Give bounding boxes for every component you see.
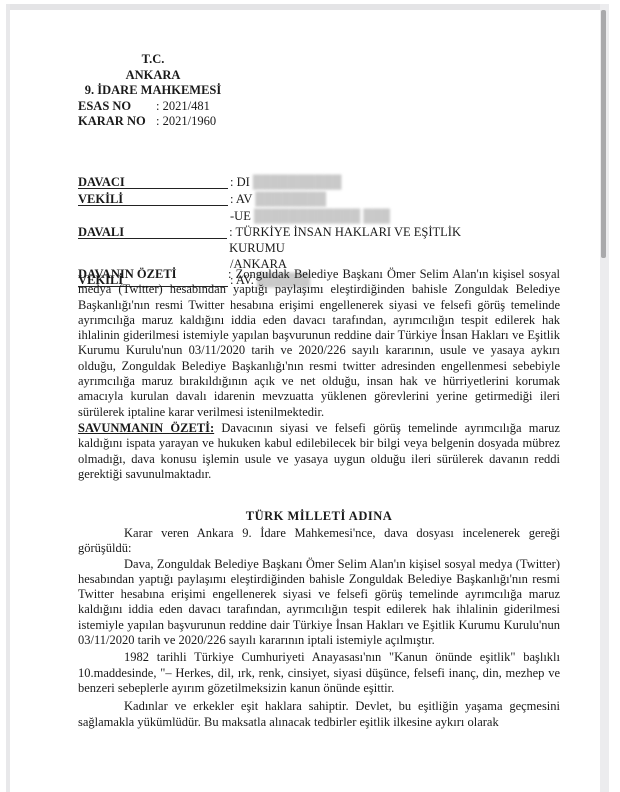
party-row-davaci: DAVACI : DI ██████████ — [78, 174, 518, 191]
header-tc: T.C. — [78, 52, 228, 68]
paragraph: Kadınlar ve erkekler eşit haklara sahipt… — [78, 699, 560, 730]
party-label — [78, 208, 228, 222]
karar-no-value: : 2021/1960 — [156, 114, 216, 130]
party-value: : DI ██████████ — [228, 174, 341, 191]
party-value: : AV ████████ — [228, 191, 326, 208]
davanin-ozeti-text: : Zonguldak Belediye Başkanı Ömer Selim … — [78, 267, 560, 419]
court-header: T.C. ANKARA 9. İDARE MAHKEMESİ ESAS NO :… — [78, 52, 228, 130]
party-label: DAVALI — [78, 224, 227, 239]
savunmanin-ozeti-label: SAVUNMANIN ÖZETİ: — [78, 421, 214, 435]
party-label: DAVACI — [78, 174, 228, 189]
header-city: ANKARA — [78, 68, 228, 84]
esas-no-label: ESAS NO — [78, 99, 156, 115]
paragraph: Karar veren Ankara 9. İdare Mahkemesi'nc… — [78, 526, 560, 557]
party-value: : TÜRKİYE İNSAN HAKLARI VE EŞİTLİK KURUM… — [227, 224, 518, 256]
party-row-vekili-cont: -UE ████████████ ███ — [78, 208, 518, 224]
party-row-vekili: VEKİLİ : AV ████████ — [78, 191, 518, 208]
davanin-ozeti-section: DAVANIN ÖZETİ: Zonguldak Belediye Başkan… — [78, 267, 560, 420]
esas-no-row: ESAS NO : 2021/481 — [78, 99, 228, 115]
party-value: -UE ████████████ ███ — [228, 208, 390, 224]
paragraph: 1982 tarihli Türkiye Cumhuriyeti Anayasa… — [78, 650, 560, 696]
karar-no-label: KARAR NO — [78, 114, 156, 130]
paragraph: Dava, Zonguldak Belediye Başkanı Ömer Se… — [78, 557, 560, 649]
scrollbar-thumb[interactable] — [601, 10, 606, 258]
header-court: 9. İDARE MAHKEMESİ — [78, 83, 228, 99]
davanin-ozeti-label: DAVANIN ÖZETİ — [78, 267, 228, 282]
party-row-davali: DAVALI : TÜRKİYE İNSAN HAKLARI VE EŞİTLİ… — [78, 224, 518, 256]
karar-no-row: KARAR NO : 2021/1960 — [78, 114, 228, 130]
section-title: TÜRK MİLLETİ ADINA — [78, 509, 560, 524]
party-label: VEKİLİ — [78, 191, 228, 206]
savunmanin-ozeti-section: SAVUNMANIN ÖZETİ: Davacının siyasi ve fe… — [78, 421, 560, 482]
decision-body: Karar veren Ankara 9. İdare Mahkemesi'nc… — [78, 526, 560, 730]
esas-no-value: : 2021/481 — [156, 99, 210, 115]
